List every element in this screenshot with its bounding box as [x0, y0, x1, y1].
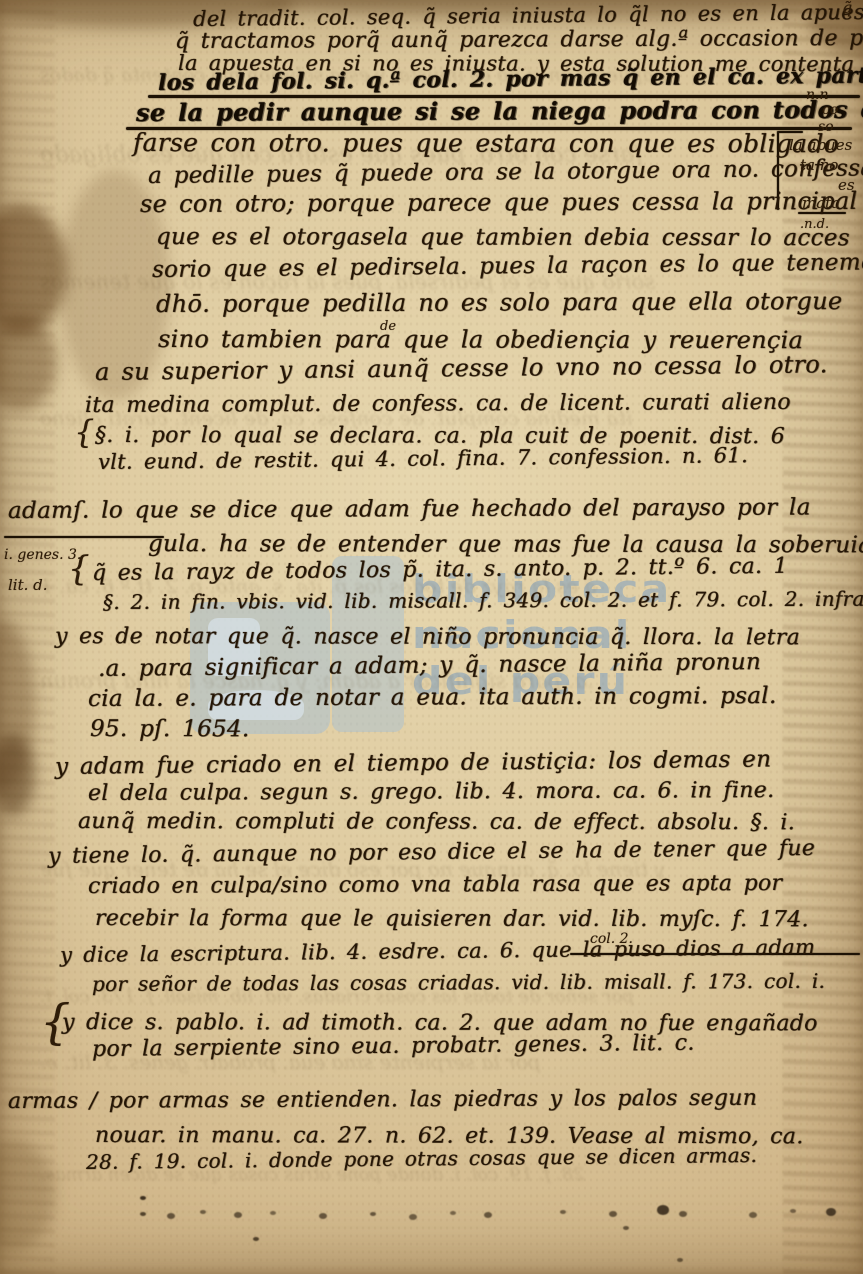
- margin-note: mata: [802, 196, 840, 211]
- margin-note: la apues: [789, 138, 852, 153]
- margin-notes: q̃n.ncosola apuesta noesmata.n.d.i. gene…: [0, 0, 863, 1274]
- margin-note: so: [818, 120, 834, 134]
- margin-note: co: [822, 103, 838, 117]
- margin-note: col. 2.: [590, 932, 633, 946]
- manuscript-page: bibliotecanacionaldel perú la apuesta en…: [0, 0, 863, 1274]
- margin-note: {: [68, 552, 90, 586]
- margin-note: lit. d.: [8, 578, 48, 593]
- margin-note: q̃: [842, 0, 852, 16]
- margin-note: n.n: [806, 88, 828, 102]
- margin-note: .n.d.: [800, 218, 829, 231]
- margin-note: {: [74, 416, 94, 448]
- margin-note: es: [838, 178, 855, 193]
- margin-note: ta no: [800, 158, 838, 173]
- margin-note: de: [380, 320, 396, 333]
- margin-note: {: [40, 998, 71, 1046]
